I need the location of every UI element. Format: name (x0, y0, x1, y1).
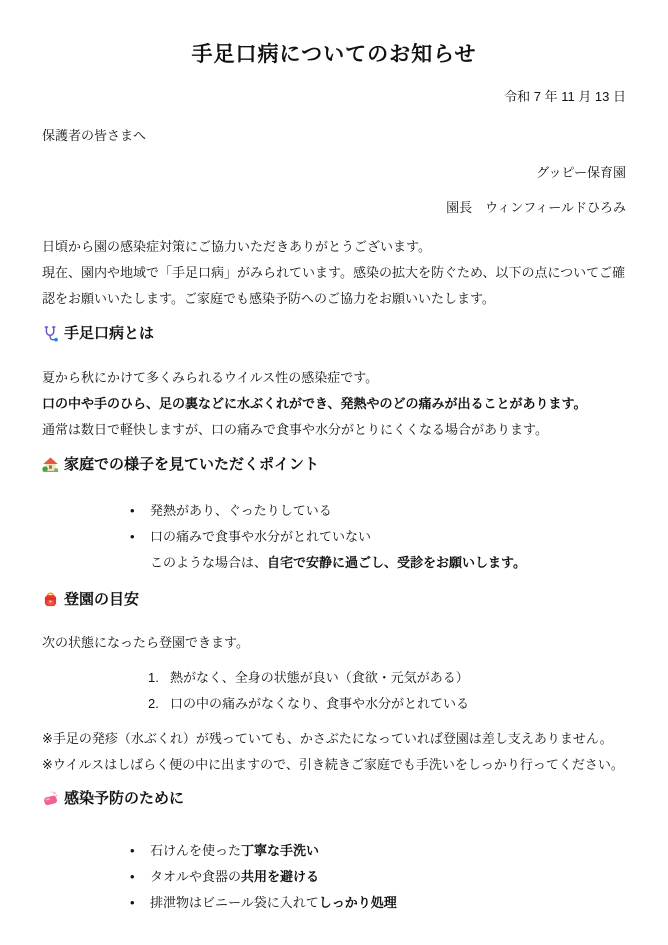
list-item: 熱がなく、全身の状態が良い（食欲・元気がある） (170, 665, 626, 691)
list-item: 発熱があり、ぐったりしている (42, 498, 626, 524)
list-item: 石けんを使った丁寧な手洗い (42, 838, 626, 864)
home-care-note: このような場合は、自宅で安静に過ごし、受診をお願いします。 (42, 550, 626, 576)
page-title: 手足口病についてのお知らせ (42, 40, 626, 70)
return-criteria-list: 熱がなく、全身の状態が良い（食欲・元気がある） 口の中の痛みがなくなり、食事や水… (42, 665, 626, 717)
document-date: 令和 7 年 11 月 13 日 (42, 88, 626, 106)
stethoscope-icon (42, 325, 59, 342)
signature-line: 園長 ウィンフィールドひろみ (42, 199, 626, 217)
bullet-text: タオルや食器の (150, 869, 241, 884)
soap-icon (42, 790, 59, 807)
return-note-2: ※ウイルスはしばらく便の中に出ますので、引き続きご家庭でも手洗いをしっかり行って… (42, 752, 626, 778)
list-item: タオルや食器の共用を避ける (42, 864, 626, 890)
about-line-2: 口の中や手のひら、足の裏などに水ぶくれができ、発熱やのどの痛みが出ることがありま… (42, 391, 626, 417)
bullet-emphasis: 共用を避ける (241, 869, 319, 884)
section-heading-label: 家庭での様子を見ていただくポイント (64, 454, 319, 475)
about-line-3: 通常は数日で軽快しますが、口の痛みで食事や水分がとりにくくなる場合があります。 (42, 417, 626, 443)
salutation: 保護者の皆さまへ (42, 127, 626, 145)
about-paragraph: 夏から秋にかけて多くみられるウイルス性の感染症です。 口の中や手のひら、足の裏な… (42, 365, 626, 443)
intro-line-1: 日頃から園の感染症対策にご協力いただきありがとうございます。 (42, 234, 626, 260)
organization-name: グッピー保育園 (42, 164, 626, 182)
section-heading-return: 登園の目安 (42, 589, 626, 610)
list-item: 口の中の痛みがなくなり、食事や水分がとれている (170, 691, 626, 717)
bullet-text: 石けんを使った (150, 843, 241, 858)
bullet-emphasis: 丁寧な手洗い (241, 843, 319, 858)
bullet-text: 排泄物はビニール袋に入れて (150, 895, 319, 910)
intro-line-2: 現在、園内や地域で「手足口病」がみられています。感染の拡大を防ぐため、以下の点に… (42, 260, 626, 312)
section-heading-label: 手足口病とは (64, 323, 154, 344)
bullet-emphasis: しっかり処理 (319, 895, 397, 910)
list-item: 排泄物はビニール袋に入れてしっかり処理 (42, 890, 626, 916)
return-intro: 次の状態になったら登園できます。 (42, 630, 626, 656)
section-heading-home-care: 家庭での様子を見ていただくポイント (42, 454, 626, 475)
house-icon (42, 456, 59, 473)
about-line-1: 夏から秋にかけて多くみられるウイルス性の感染症です。 (42, 365, 626, 391)
backpack-icon (42, 591, 59, 608)
section-heading-label: 登園の目安 (64, 589, 139, 610)
return-note-1: ※手足の発疹（水ぶくれ）が残っていても、かさぶたになっていれば登園は差し支えあり… (42, 726, 626, 752)
section-heading-prevention: 感染予防のために (42, 788, 626, 809)
home-care-note-emphasis: 自宅で安静に過ごし、受診をお願いします。 (267, 555, 526, 570)
list-item: 口の痛みで食事や水分がとれていない (42, 524, 626, 550)
prevention-bullet-list: 石けんを使った丁寧な手洗い タオルや食器の共用を避ける 排泄物はビニール袋に入れ… (42, 838, 626, 916)
section-heading-about: 手足口病とは (42, 323, 626, 344)
return-notes: ※手足の発疹（水ぶくれ）が残っていても、かさぶたになっていれば登園は差し支えあり… (42, 726, 626, 778)
section-heading-label: 感染予防のために (64, 788, 184, 809)
intro-paragraph: 日頃から園の感染症対策にご協力いただきありがとうございます。 現在、園内や地域で… (42, 234, 626, 312)
home-care-note-pre: このような場合は、 (150, 555, 267, 570)
home-care-bullet-list: 発熱があり、ぐったりしている 口の痛みで食事や水分がとれていない (42, 498, 626, 550)
notice-document: 手足口病についてのお知らせ 令和 7 年 11 月 13 日 保護者の皆さまへ … (0, 0, 668, 945)
